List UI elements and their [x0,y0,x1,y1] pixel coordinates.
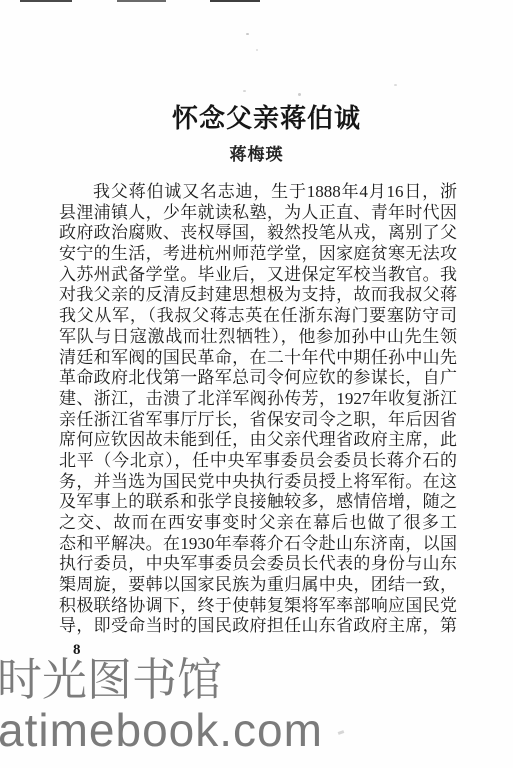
scanned-book-page: 怀念父亲蒋伯诚 蒋梅瑛 我父蒋伯诚又名志迪，生于1888年4月16日，浙江省诸暨… [0,0,513,768]
article-body: 我父蒋伯诚又名志迪，生于1888年4月16日，浙江省诸暨县浬浦镇人，少年就读私塾… [59,182,457,637]
text-line: 清廷和军阀的国民革命，在二十年代中期任孙中山先生组织的 [59,348,457,369]
scan-speck [243,90,246,92]
text-line: 我父从军，（我叔父蒋志英在任浙东海门要塞防守司令时，指挥 [59,306,457,327]
text-line: 对我父亲的反清反封建思想极为支持，故而我叔父蒋志英亦继 [59,285,457,306]
text-line: 入苏州武备学堂。毕业后，又进保定军校当教官。我祖父蒋任山 [59,265,457,286]
text-line: 榘周旋，要韩以国家民族为重归属中央，团结一致，在父亲的 [59,575,457,596]
scan-speck [256,49,258,51]
watermark-library-name: 时光图书馆 [0,654,222,706]
scan-speck [394,84,397,86]
text-line: 军队与日寇激战而壮烈牺牲），他参加孙中山先生领导的反对 [59,327,457,348]
text-line: 亲任浙江省军事厅厅长，省保安司令之职，年后因省政府主 [59,410,457,431]
text-line: 之交、故而在西安事变时父亲在幕后也做了很多工作，促使事 [59,513,457,534]
article-author: 蒋梅瑛 [0,140,513,165]
page-number: 8 [73,642,81,659]
text-line: 革命政府北伐第一路军总司令何应钦的参谋长，自广东攻入福 [59,368,457,389]
text-line: 执行委员，中央军事委员会委员长代表的身份与山东军阀韩复 [59,554,457,575]
text-line: 积极联络协调下，终于使韩复榘将军率部响应国民党中央的领 [59,596,457,617]
watermark-site-url: atimebook.com [0,702,323,758]
scan-speck [246,33,249,35]
text-line: 北平（今北京），任中央军事委员会委员长蒋介石的代表职 [59,451,457,472]
article-title: 怀念父亲蒋伯诚 [0,98,513,135]
scan-artifact-bar [210,0,260,2]
text-line: 安宁的生活，考进杭州师范学堂，因家庭贫寒无法攻读，又考 [59,244,457,265]
scan-artifact-bar [117,0,166,2]
text-line: 席何应钦因故未能到任，由父亲代理省政府主席，此后调往 [59,430,457,451]
text-line: 县浬浦镇人，少年就读私塾，为人正直、青年时代因不满清朝 [59,203,457,224]
text-line: 导，即受命当时的国民政府担任山东省政府主席，第三集团军 [59,616,457,637]
text-line: 务，并当选为国民党中央执行委员授上将军衔。在这期间由政务 [59,472,457,493]
text-line: 政府政治腐败、丧权辱国，毅然投笔从戎，离别了父母弟妹及 [59,223,457,244]
text-line: 及军事上的联系和张学良接触较多，感情倍增，随之义结金兰 [59,492,457,513]
text-line: 建、浙江，击溃了北洋军阀孙传芳，1927年收复浙江后，父 [59,389,457,410]
scan-speck [298,93,301,96]
text-line: 我父蒋伯诚又名志迪，生于1888年4月16日，浙江省诸暨 [59,182,457,203]
scan-speck [338,730,345,735]
text-line: 态和平解决。在1930年奉蒋介石令赴山东济南，以国民党中央 [59,534,457,555]
scan-artifact-bar [20,0,72,2]
